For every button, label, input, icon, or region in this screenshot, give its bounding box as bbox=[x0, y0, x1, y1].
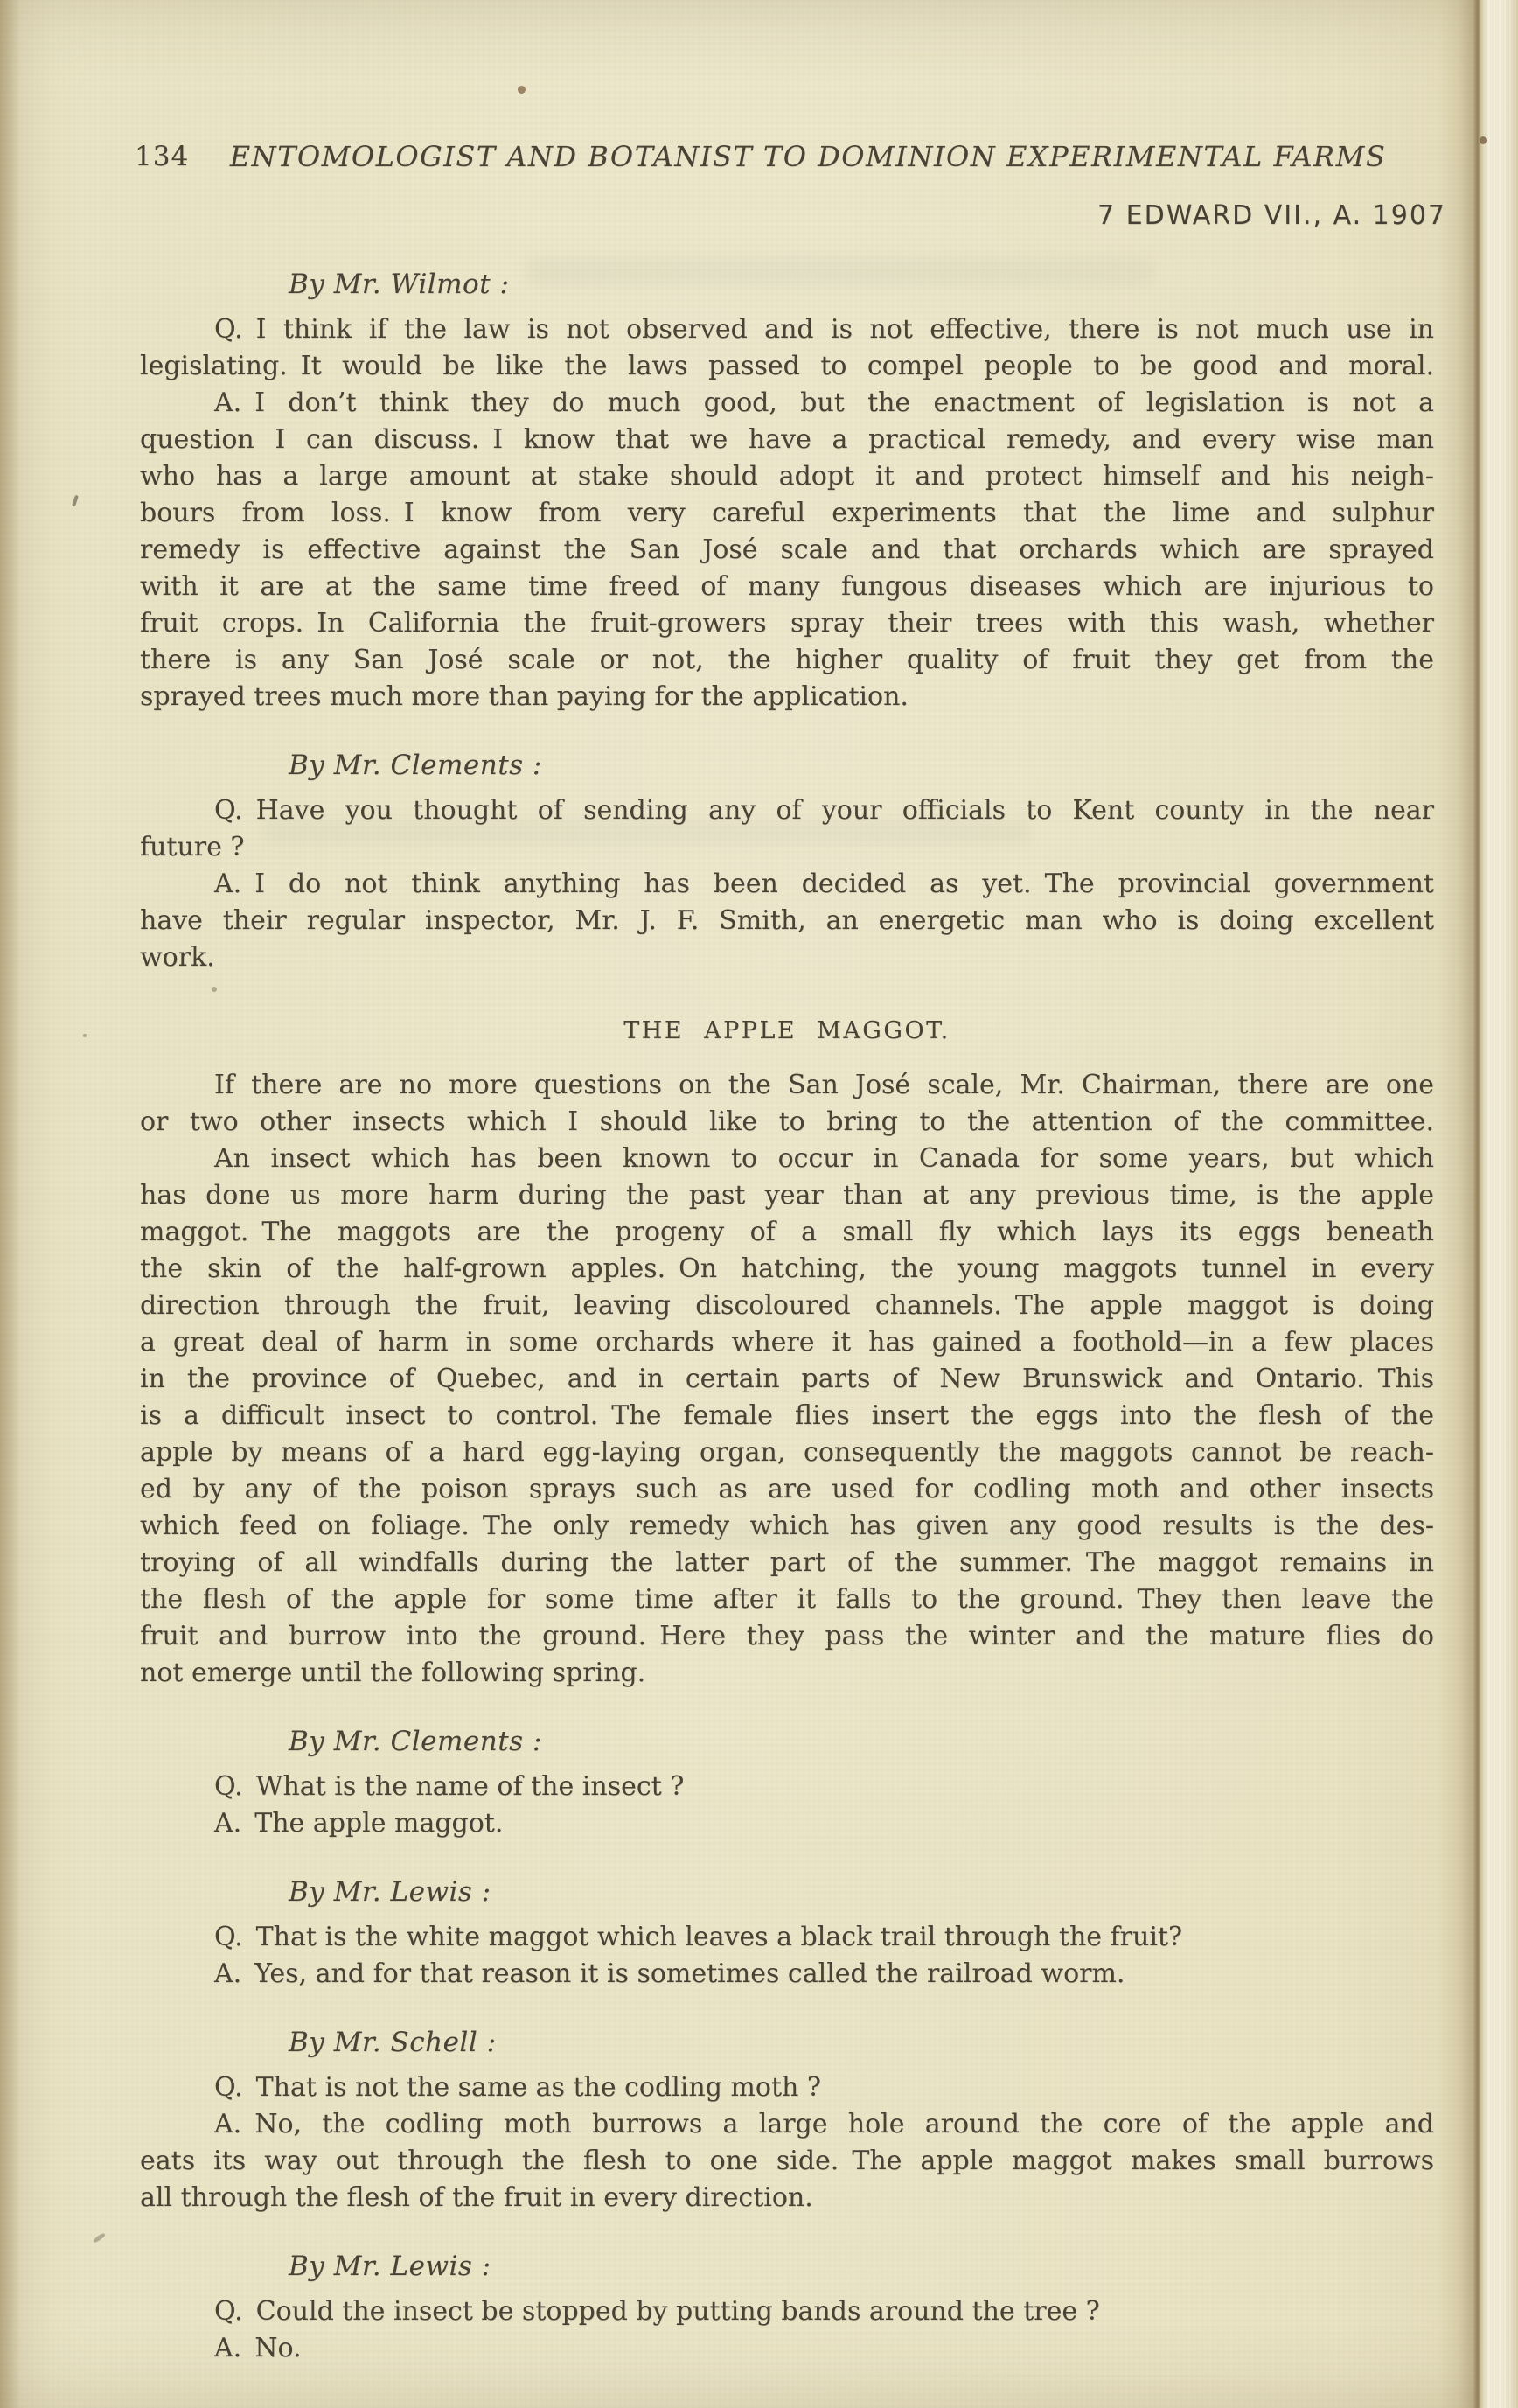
text-line: A. The apple maggot. bbox=[140, 1805, 1434, 1842]
examiner-byline: By Mr. Schell : bbox=[140, 2024, 1434, 2061]
text-line: a great deal of harm in some orchards wh… bbox=[140, 1324, 1434, 1361]
ink-speck bbox=[72, 495, 79, 507]
text-line: Q. Could the insect be stopped by puttin… bbox=[140, 2293, 1434, 2330]
text-line: in the province of Quebec, and in certai… bbox=[140, 1361, 1434, 1398]
text-line: remedy is effective against the San José… bbox=[140, 532, 1434, 569]
text-line: bours from loss. I know from very carefu… bbox=[140, 495, 1434, 532]
text-line: the skin of the half-grown apples. On ha… bbox=[140, 1251, 1434, 1288]
text-line: Q. Have you thought of sending any of yo… bbox=[140, 792, 1434, 829]
paragraph: A. I do not think anything has been deci… bbox=[140, 866, 1434, 976]
running-header: 134 ENTOMOLOGIST AND BOTANIST TO DOMINIO… bbox=[140, 138, 1434, 175]
text-line: apple by means of a hard egg-laying orga… bbox=[140, 1434, 1434, 1471]
text-line: Q. I think if the law is not observed an… bbox=[140, 311, 1434, 348]
text-line: An insect which has been known to occur … bbox=[140, 1141, 1434, 1177]
text-line: the flesh of the apple for some time aft… bbox=[140, 1581, 1434, 1618]
text-line: A. I don’t think they do much good, but … bbox=[140, 385, 1434, 422]
text-line: maggot. The maggots are the progeny of a… bbox=[140, 1214, 1434, 1251]
book-fold-and-next-page-edge bbox=[1438, 0, 1518, 2408]
ink-speck bbox=[83, 1034, 87, 1037]
paragraph: Q. That is the white maggot which leaves… bbox=[140, 1919, 1434, 1993]
text-line: sprayed trees much more than paying for … bbox=[140, 679, 1434, 715]
page-content: 134 ENTOMOLOGIST AND BOTANIST TO DOMINIO… bbox=[140, 138, 1434, 2367]
text-line: all through the flesh of the fruit in ev… bbox=[140, 2180, 1434, 2216]
text-line: A. I do not think anything has been deci… bbox=[140, 866, 1434, 903]
text-line: direction through the fruit, leaving dis… bbox=[140, 1288, 1434, 1324]
text-line: Q. That is the white maggot which leaves… bbox=[140, 1919, 1434, 1956]
text-line: eats its way out through the flesh to on… bbox=[140, 2143, 1434, 2180]
text-line: has done us more harm during the past ye… bbox=[140, 1177, 1434, 1214]
text-line: question I can discuss. I know that we h… bbox=[140, 422, 1434, 458]
text-line: future ? bbox=[140, 829, 1434, 866]
paragraph: If there are no more questions on the Sa… bbox=[140, 1067, 1434, 1141]
paragraph: Q. What is the name of the insect ?A. Th… bbox=[140, 1769, 1434, 1842]
text-line: troying of all windfalls during the latt… bbox=[140, 1545, 1434, 1581]
text-line: Q. What is the name of the insect ? bbox=[140, 1769, 1434, 1805]
examiner-byline: By Mr. Clements : bbox=[140, 747, 1434, 784]
text-line: ed by any of the poison sprays such as a… bbox=[140, 1471, 1434, 1508]
scanned-page: 134 ENTOMOLOGIST AND BOTANIST TO DOMINIO… bbox=[0, 0, 1518, 2408]
section-heading: THE APPLE MAGGOT. bbox=[140, 1013, 1434, 1050]
page-body: By Mr. Wilmot :Q. I think if the law is … bbox=[140, 266, 1434, 2367]
paragraph: Q. I think if the law is not observed an… bbox=[140, 311, 1434, 385]
text-line: legislating. It would be like the laws p… bbox=[140, 348, 1434, 385]
text-line: which feed on foliage. The only remedy w… bbox=[140, 1508, 1434, 1545]
text-line: A. No, the codling moth burrows a large … bbox=[140, 2106, 1434, 2143]
paragraph: A. No, the codling moth burrows a large … bbox=[140, 2106, 1434, 2216]
examiner-byline: By Mr. Clements : bbox=[140, 1723, 1434, 1760]
text-line: who has a large amount at stake should a… bbox=[140, 458, 1434, 495]
text-line: work. bbox=[140, 939, 1434, 976]
examiner-byline: By Mr. Wilmot : bbox=[140, 266, 1434, 303]
paragraph: Q. Could the insect be stopped by puttin… bbox=[140, 2293, 1434, 2367]
running-title: ENTOMOLOGIST AND BOTANIST TO DOMINION EX… bbox=[161, 138, 1455, 175]
text-line: or two other insects which I should like… bbox=[140, 1104, 1434, 1141]
text-line: there is any San José scale or not, the … bbox=[140, 642, 1434, 679]
text-line: fruit and burrow into the ground. Here t… bbox=[140, 1618, 1434, 1655]
text-line: Q. That is not the same as the codling m… bbox=[140, 2069, 1434, 2106]
session-line: 7 EDWARD VII., A. 1907 bbox=[140, 198, 1446, 234]
examiner-byline: By Mr. Lewis : bbox=[140, 1874, 1434, 1910]
examiner-byline: By Mr. Lewis : bbox=[140, 2248, 1434, 2285]
text-line: not emerge until the following spring. bbox=[140, 1655, 1434, 1692]
paragraph: An insect which has been known to occur … bbox=[140, 1141, 1434, 1692]
ink-speck bbox=[518, 86, 526, 94]
page-edge-striations bbox=[1483, 0, 1518, 2408]
paragraph: A. I don’t think they do much good, but … bbox=[140, 385, 1434, 715]
text-line: A. Yes, and for that reason it is someti… bbox=[140, 1956, 1434, 1993]
paragraph: Q. That is not the same as the codling m… bbox=[140, 2069, 1434, 2106]
paragraph: Q. Have you thought of sending any of yo… bbox=[140, 792, 1434, 866]
page-left-edge-shadow bbox=[0, 0, 21, 2408]
text-line: have their regular inspector, Mr. J. F. … bbox=[140, 903, 1434, 939]
text-line: fruit crops. In California the fruit-gro… bbox=[140, 605, 1434, 642]
ink-speck bbox=[93, 2232, 106, 2244]
text-line: is a difficult insect to control. The fe… bbox=[140, 1398, 1434, 1434]
text-line: with it are at the same time freed of ma… bbox=[140, 569, 1434, 605]
text-line: A. No. bbox=[140, 2330, 1434, 2367]
text-line: If there are no more questions on the Sa… bbox=[140, 1067, 1434, 1104]
